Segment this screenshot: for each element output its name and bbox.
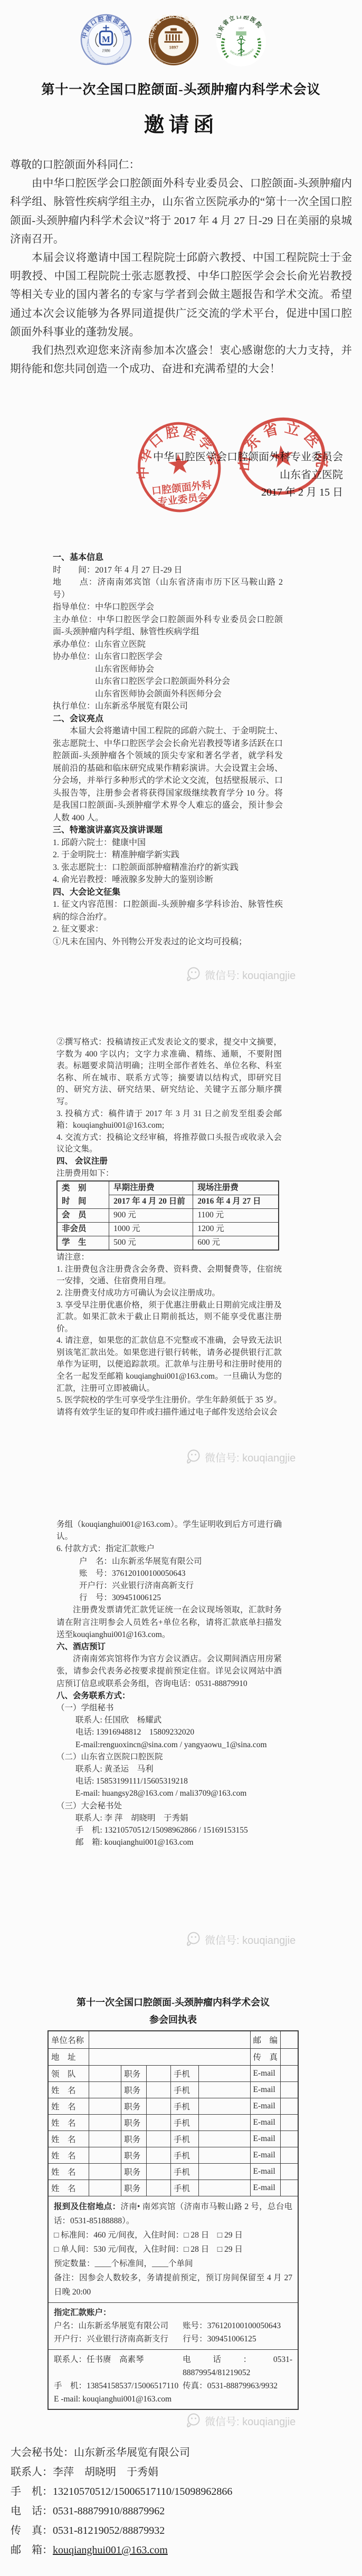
section-heading-basic-info: 一、基本信息 [53, 551, 283, 564]
basic-info-line: 时 间：2017 年 4 月 27 日-29 日 [53, 564, 283, 577]
contact-person-line: 联系人: 李 萍 胡晓明 于秀娟 [56, 1812, 282, 1824]
email-field[interactable] [281, 2081, 298, 2098]
form-contact-cell: 联系人：任书赓 高素琴 电话：0531-88879954/81219052 手 … [48, 2349, 298, 2409]
basic-info-line: 山东省医师协会 [53, 663, 283, 676]
mobile-field[interactable] [198, 2081, 250, 2098]
mobile-label: 手机 [171, 2114, 199, 2130]
single-room-option[interactable]: □ 单人间：530 元/间夜，入住时间：□ 28 日 □ 29 日 [54, 2242, 292, 2257]
mobile-label: 手机 [171, 2065, 199, 2081]
secretariat-email-label: 邮 箱： [11, 2544, 53, 2556]
fee-table-row: 会 员 900 元 1100 元 [57, 1209, 279, 1223]
contact-phone-line: 电话: 13916948812 15809232020 [56, 1726, 282, 1738]
standard-room-option[interactable]: □ 标准间：460 元/间夜，入住时间：□ 28 日 □ 29 日 [54, 2228, 292, 2242]
email-field[interactable] [281, 2098, 298, 2114]
duty-field[interactable] [146, 2065, 170, 2081]
bank-name: 开户行：兴业银行济南高新支行 [54, 2332, 183, 2346]
email-field[interactable] [281, 2130, 298, 2147]
reply-form-title: 第十一次全国口腔颌面-头颈肿瘤内科学术会议 参会回执表 [47, 1994, 299, 2029]
duty-field[interactable] [146, 2130, 170, 2147]
table-row: 姓 名 职务 手机 E-mail [48, 2098, 298, 2114]
basic-info-line: 指导单位：中华口腔医学会 [53, 601, 283, 614]
papers-item: 2. 征文要求： [53, 923, 283, 936]
letter-salutation: 尊敬的口腔颌面外科同仁： [10, 156, 352, 175]
letter-paragraph: 本届会议将邀请中国工程院院士邱蔚六教授、中国工程院院士于金明教授、中国工程院院士… [10, 249, 352, 342]
table-row: 指定汇款账户： 户名：山东新丞华展览有限公司 账号：37612010010005… [48, 2302, 298, 2349]
registration-note: 1. 注册费包含注册费含会务费、资料费、会期餐费等，住宿统一安排，交通、住宿费用… [56, 1264, 282, 1287]
contact-group-title: （三）大会秘书处 [56, 1800, 282, 1812]
section-heading-hotel: 六、酒店预订 [56, 1641, 282, 1653]
mobile-label: 手机 [171, 2180, 199, 2196]
section-heading-contacts: 八、会务联系方式： [56, 1690, 282, 1702]
contact-email-line: E-mail: huangsy28@163.com / mali3709@163… [56, 1787, 282, 1799]
mobile-field[interactable] [198, 2065, 250, 2081]
wechat-icon [185, 1931, 202, 1947]
contact-person-line: 联系人: 任国欣 杨耀武 [56, 1714, 282, 1726]
fee-row-label: 会 员 [57, 1209, 109, 1223]
name-field[interactable] [89, 2114, 121, 2130]
watermark-text: 微信号: kouqiangjie [205, 967, 296, 982]
hotel-booking-cell: 报到及住宿地点：济南• 南郊宾馆（济南市马鞍山路 2 号，总台电话：0531-8… [48, 2196, 298, 2302]
round-red-seal-icon: 山东省立医院 ★ [232, 411, 332, 502]
letter-paragraph: 我们热烈欢迎您来济南参加本次盛会！衷心感谢您的大力支持，并期待能和您共同创造一个… [10, 342, 352, 379]
letter-body: 尊敬的口腔颌面外科同仁： 由中华口腔医学会口腔颌面外科专业委员会、口腔颌面-头颈… [10, 156, 352, 379]
invoice-paragraph: 注册费发票请凭汇款凭证统一在会议现场领取，汇款时务请在附言注明参会人员姓名+单位… [56, 1604, 282, 1641]
email-label: E-mail [250, 2081, 281, 2098]
email-label: E-mail [250, 2098, 281, 2114]
duty-field[interactable] [146, 2081, 170, 2098]
secretariat-line: 大会秘书处：山东新丞华展览有限公司 [11, 2443, 232, 2463]
mobile-label: 手机 [171, 2081, 199, 2098]
papers-item: 3. 投稿方式：稿件请于 2017 年 3 月 31 日之前发至组委会邮箱：ko… [56, 1108, 282, 1132]
room-quantity-line[interactable]: 预定数量：____个标准间，____个单间 [54, 2257, 292, 2271]
email-label: E-mail [250, 2180, 281, 2196]
table-row: 地 址 传 真 [48, 2048, 298, 2065]
email-field[interactable] [281, 2114, 298, 2130]
section-heading-speakers: 三、特邀演讲嘉宾及演讲课题 [53, 824, 283, 837]
wechat-icon [185, 966, 202, 982]
fee-table-onsite-deadline: 2016 年 4 月 27 日 [193, 1195, 279, 1209]
svg-text:1986: 1986 [102, 49, 110, 53]
fee-table-row: 非会员 1000 元 1200 元 [57, 1223, 279, 1236]
payment-account-number: 账 号：376120100100050643 [56, 1567, 282, 1580]
payment-method-lead: 6. 付款方式：指定汇款账户 [56, 1543, 282, 1555]
mobile-label: 手机 [171, 2147, 199, 2163]
mobile-label: 手机 [171, 2163, 199, 2180]
mobile-field[interactable] [198, 2130, 250, 2147]
watermark-text: 微信号: kouqiangjie [205, 1932, 296, 1947]
table-row: 姓 名 职务 手机 E-mail [48, 2147, 298, 2163]
org-name-label: 单位名称 [48, 2031, 89, 2048]
section-basic-info: 一、基本信息 时 间：2017 年 4 月 27 日-29 日 地 点：济南南郊… [53, 551, 283, 948]
email-label: E-mail [250, 2065, 281, 2081]
basic-info-line: 山东省口腔医学会口腔颌面外科分会 [53, 675, 283, 688]
registration-note: 4. 请注意，如果您的汇款信息不完整或不准确，会导致无法识别该笔汇款出处。如果您… [56, 1335, 282, 1394]
registration-note: 5. 医学院校的学生可享受学生注册价。学生年龄须低于 35 岁。请将有效学生证的… [56, 1394, 282, 1418]
fee-row-label: 学 生 [57, 1236, 109, 1251]
hospital-seal-stamp: 山东省立医院 ★ [232, 411, 332, 505]
form-contact-fax: 传真：0531-88879963/9932 [183, 2379, 292, 2393]
table-row: 报到及住宿地点：济南• 南郊宾馆（济南市马鞍山路 2 号，总台电话：0531-8… [48, 2196, 298, 2302]
basic-info-line: 执行单位：山东新丞华展览有限公司 [53, 700, 283, 713]
remittance-account-cell: 指定汇款账户： 户名：山东新丞华展览有限公司 账号：37612010010005… [48, 2302, 298, 2349]
letter-paragraph: 由中华口腔医学会口腔颌面外科专业委员会、口腔颌面-头颈肿瘤内科学组、脉管性疾病学… [10, 175, 352, 249]
speaker-item: 1. 邱蔚六院士：健康中国 [53, 837, 283, 849]
stomatology-hospital-icon: 山东省立口腔医院 SHENGLI STOMATOLOGY 1897 [215, 16, 267, 67]
basic-info-line: 山东省医师协会颌面外科医师分会 [53, 688, 283, 701]
duty-label: 职务 [121, 2180, 147, 2196]
org-name-field[interactable] [89, 2031, 250, 2048]
registration-note: 2. 注册费支付成功方可确认为会议注册成功。 [56, 1287, 282, 1300]
name-field[interactable] [89, 2147, 121, 2163]
speaker-item: 4. 俞光岩教授：唾液腺多发肿大的鉴别诊断 [53, 874, 283, 886]
table-row: 领 队 职务 手机 E-mail [48, 2065, 298, 2081]
papers-item: 1. 征文内容范围：口腔颌面-头颈肿瘤多学科诊治、脉管性疾病的综合治疗。 [53, 898, 283, 923]
registration-note-continuation: 务组（kouqianghui001@163.com）。学生证明收到后方可进行确认… [56, 1518, 282, 1543]
reply-title-line1: 第十一次全国口腔颌面-头颈肿瘤内科学术会议 [47, 1994, 299, 2011]
hotel-paragraph: 济南南郊宾馆将作为官方会议酒店。会议期间酒店用房紧张，请参会代表务必按要求提前预… [56, 1653, 282, 1690]
mobile-field[interactable] [198, 2114, 250, 2130]
mobile-label: 手机 [171, 2130, 199, 2147]
name-label: 姓 名 [48, 2081, 89, 2098]
secretariat-email-link[interactable]: kouqianghui001@163.com [53, 2544, 168, 2556]
contact-phone-line: 手 机: 13210570512/15098962866 / 151691531… [56, 1824, 282, 1836]
scanned-invitation-document: 中国口腔颌面外科 CHINESE SOCIETY OF ORAL AND MAX… [0, 0, 362, 2576]
svg-text:M: M [102, 34, 110, 44]
svg-text:1897: 1897 [239, 27, 244, 30]
name-label: 姓 名 [48, 2098, 89, 2114]
form-contact-phone: 电话：0531-88879954/81219052 [183, 2353, 292, 2379]
duty-field[interactable] [146, 2180, 170, 2196]
secretariat-line: 联系人：李萍 胡晓明 于秀娟 [11, 2463, 232, 2482]
mobile-field[interactable] [198, 2098, 250, 2114]
papers-requirement: ①凡未在国内、外刊物公开发表过的论文均可投稿； [53, 936, 283, 948]
stomatology-hospital-logo: 山东省立口腔医院 SHENGLI STOMATOLOGY 1897 [215, 16, 267, 70]
papers-item: 4. 交流方式：投稿论文经审稿，将推荐做口头报告或收录入会议论文集。 [56, 1132, 282, 1156]
registration-note: 3. 享受早注册优惠价格，须于优惠注册截止日期前完成注册及汇款。如果汇款未于截止… [56, 1300, 282, 1335]
basic-info-line: 地 点：济南南郊宾馆（山东省济南市历下区马鞍山路 2 号） [53, 576, 283, 601]
registration-intro: 注册费用如下： [56, 1168, 282, 1180]
reply-form-table: 单位名称 邮 编 地 址 传 真 领 队 职务 手机 E-mail 姓 名 职务 [47, 2030, 299, 2410]
zip-field[interactable] [281, 2031, 298, 2048]
booking-remark: 备注：因参会人数较多，务请提前预定，预订房间保留至 4 月 27 日晚 20:0… [54, 2271, 292, 2299]
secretariat-line: 手 机：13210570512/15006517110/15098962866 [11, 2482, 232, 2502]
email-field[interactable] [281, 2180, 298, 2196]
fax-field[interactable] [281, 2048, 298, 2065]
secretariat-email-line: 邮 箱：kouqianghui001@163.com [11, 2541, 232, 2560]
table-row: 姓 名 职务 手机 E-mail [48, 2180, 298, 2196]
fee-table-early-header: 早期注册费 [109, 1181, 193, 1195]
section-heading-papers: 四、大会论文征集 [53, 886, 283, 899]
fee-onsite-value: 1200 元 [193, 1223, 279, 1236]
secretariat-line: 电 话：0531-88879910/88879962 [11, 2502, 232, 2521]
basic-info-line: 承办单位：山东省立医院 [53, 638, 283, 651]
registration-fee-table: 类 别 时 间 早期注册费 现场注册费 2017 年 4 月 20 日前 201… [56, 1180, 279, 1251]
table-row: 单位名称 邮 编 [48, 2031, 298, 2048]
fee-table-corner-cell: 类 别 时 间 [57, 1181, 109, 1209]
table-row: 联系人：任书赓 高素琴 电话：0531-88879954/81219052 手 … [48, 2349, 298, 2409]
table-row: 姓 名 职务 手机 E-mail [48, 2114, 298, 2130]
round-red-seal-icon: 中华口腔医学会 ★ 口腔颌面外科 专业委员会 [131, 417, 227, 518]
mobile-field[interactable] [198, 2163, 250, 2180]
watermark-text: 微信号: kouqiangjie [205, 1449, 296, 1465]
fee-early-value: 1000 元 [109, 1223, 193, 1236]
mobile-label: 手机 [171, 2098, 199, 2114]
name-field[interactable] [89, 2130, 121, 2147]
fee-table-onsite-header: 现场注册费 [193, 1181, 279, 1195]
fee-table-row: 学 生 500 元 600 元 [57, 1236, 279, 1251]
name-label: 姓 名 [48, 2130, 89, 2147]
fee-early-value: 500 元 [109, 1236, 193, 1251]
fee-early-value: 900 元 [109, 1209, 193, 1223]
duty-field[interactable] [146, 2114, 170, 2130]
speaker-item: 2. 于金明院士：精准肿瘤学新实践 [53, 849, 283, 861]
table-row: 姓 名 职务 手机 E-mail [48, 2163, 298, 2180]
fee-onsite-value: 600 元 [193, 1236, 279, 1251]
seal-star-icon: ★ [165, 449, 193, 481]
payment-bank-code: 行 号：309451006125 [56, 1592, 282, 1604]
duty-label: 职务 [121, 2147, 147, 2163]
section-payment-hotel-contacts: 务组（kouqianghui001@163.com）。学生证明收到后方可进行确认… [56, 1518, 282, 1848]
papers-requirement: ②撰写格式：投稿请按正式发表论文的要求，提交中文摘要，字数为 400 字以内；文… [56, 1037, 282, 1108]
zip-label: 邮 编 [250, 2031, 281, 2048]
committee-seal-stamp: 中华口腔医学会 ★ 口腔颌面外科 专业委员会 [131, 417, 227, 520]
address-field[interactable] [89, 2048, 250, 2065]
fee-table-category-label: 类 别 [62, 1182, 104, 1195]
account-number: 账号：376120100100050643 [183, 2319, 292, 2332]
name-label: 姓 名 [48, 2180, 89, 2196]
conference-title: 第十一次全国口腔颌面-头颈肿瘤内科学术会议 [0, 79, 362, 98]
duty-label: 职务 [121, 2163, 147, 2180]
remittance-account-label: 指定汇款账户： [54, 2306, 292, 2319]
duty-label: 职务 [121, 2098, 147, 2114]
wechat-icon [185, 2413, 202, 2428]
duty-field[interactable] [146, 2163, 170, 2180]
secretariat-footer: 大会秘书处：山东新丞华展览有限公司 联系人：李萍 胡晓明 于秀娟 手 机：132… [11, 2443, 232, 2560]
section-registration: ②撰写格式：投稿请按正式发表论文的要求，提交中文摘要，字数为 400 字以内；文… [56, 1037, 282, 1418]
contact-phone-line: 电话: 15853199111/15605319218 [56, 1775, 282, 1787]
section-heading-registration: 四、 会议注册 [56, 1156, 282, 1168]
speaker-item: 3. 张志愿院士：口腔颌面部肿瘤精准治疗的新实践 [53, 861, 283, 874]
payment-bank: 开户行：兴业银行济南高新支行 [56, 1580, 282, 1592]
duty-label: 职务 [121, 2081, 147, 2098]
basic-info-line: 协办单位：山东省口腔医学会 [53, 651, 283, 663]
email-label: E-mail [250, 2130, 281, 2147]
oral-maxillofacial-society-icon: 中国口腔颌面外科 CHINESE SOCIETY OF ORAL AND MAX… [80, 14, 132, 65]
wechat-watermark: 微信号: kouqiangjie [185, 966, 296, 982]
wechat-icon [185, 1449, 202, 1465]
form-contact-person: 联系人：任书赓 高素琴 [54, 2353, 183, 2379]
bank-code: 行号：309451006125 [183, 2332, 292, 2346]
duty-field[interactable] [146, 2098, 170, 2114]
checkin-location-label: 报到及住宿地点： [54, 2202, 120, 2211]
email-label: E-mail [250, 2163, 281, 2180]
address-label: 地 址 [48, 2048, 89, 2065]
email-label: E-mail [250, 2147, 281, 2163]
wechat-watermark: 微信号: kouqiangjie [185, 2413, 296, 2428]
contact-person-line: 联系人: 黄圣运 马利 [56, 1763, 282, 1775]
name-field[interactable] [89, 2180, 121, 2196]
provincial-hospital-group-icon: 山东省立医院集团 SHANDONG PROVINCIAL HOSPITAL GR… [148, 15, 199, 66]
mobile-field[interactable] [198, 2180, 250, 2196]
svg-text:1897: 1897 [169, 45, 178, 50]
fee-table-early-deadline: 2017 年 4 月 20 日前 [109, 1195, 193, 1209]
email-field[interactable] [281, 2163, 298, 2180]
contact-group-title: （一）学组秘书 [56, 1702, 282, 1714]
wechat-watermark: 微信号: kouqiangjie [185, 1931, 296, 1947]
email-field[interactable] [281, 2147, 298, 2163]
duty-label: 职务 [121, 2065, 147, 2081]
watermark-text: 微信号: kouqiangjie [205, 2413, 296, 2428]
duty-field[interactable] [146, 2147, 170, 2163]
invitation-letter-title: 邀请函 [0, 109, 362, 138]
leader-label: 领 队 [48, 2065, 89, 2081]
duty-label: 职务 [121, 2114, 147, 2130]
name-label: 姓 名 [48, 2163, 89, 2180]
basic-info-line: 主办单位：中华口腔医学会口腔颌面外科专业委员会口腔颌面-头颈肿瘤内科学组、脉管性… [53, 614, 283, 638]
wechat-watermark: 微信号: kouqiangjie [185, 1449, 296, 1465]
name-field[interactable] [89, 2163, 121, 2180]
form-contact-mobile: 手 机：13854158537/15006517110 [54, 2379, 183, 2393]
fee-table-time-label: 时 间 [62, 1195, 104, 1208]
hospital-group-logo: 山东省立医院集团 SHANDONG PROVINCIAL HOSPITAL GR… [148, 15, 199, 69]
email-field[interactable] [281, 2065, 298, 2081]
account-holder: 户名：山东新丞华展览有限公司 [54, 2319, 183, 2332]
fee-onsite-value: 1100 元 [193, 1209, 279, 1223]
name-label: 姓 名 [48, 2114, 89, 2130]
email-label: E-mail [250, 2114, 281, 2130]
section-heading-highlights: 二、会议亮点 [53, 713, 283, 725]
registration-note-label: 请注意： [56, 1252, 282, 1264]
name-field[interactable] [89, 2098, 121, 2114]
fee-row-label: 非会员 [57, 1223, 109, 1236]
seal-star-icon: ★ [267, 439, 298, 475]
mobile-field[interactable] [198, 2147, 250, 2163]
highlights-paragraph: 本届大会将邀请中国工程院的邱蔚六院士、于金明院士、张志愿院士、中华口腔医学会会长… [53, 725, 283, 824]
form-contact-email: E -mail: kouqianghui001@163.com [54, 2393, 292, 2406]
name-label: 姓 名 [48, 2147, 89, 2163]
contact-group-title: （二）山东省立医院口腔医院 [56, 1751, 282, 1763]
leader-field[interactable] [89, 2065, 121, 2081]
secretariat-line: 传 真：0531-81219052/88879932 [11, 2521, 232, 2541]
duty-label: 职务 [121, 2130, 147, 2147]
table-row: 姓 名 职务 手机 E-mail [48, 2130, 298, 2147]
reply-title-line2: 参会回执表 [47, 2011, 299, 2029]
table-row: 姓 名 职务 手机 E-mail [48, 2081, 298, 2098]
name-field[interactable] [89, 2081, 121, 2098]
payment-account-name: 户 名：山东新丞华展览有限公司 [56, 1555, 282, 1567]
contact-email-line: E-mail:renguoxincn@sina.com / yangyaowu_… [56, 1739, 282, 1751]
fax-label: 传 真 [250, 2048, 281, 2065]
society-logo: 中国口腔颌面外科 CHINESE SOCIETY OF ORAL AND MAX… [80, 14, 132, 68]
contact-email-line: 邮 箱: kouqianghui001@163.com [56, 1836, 282, 1848]
